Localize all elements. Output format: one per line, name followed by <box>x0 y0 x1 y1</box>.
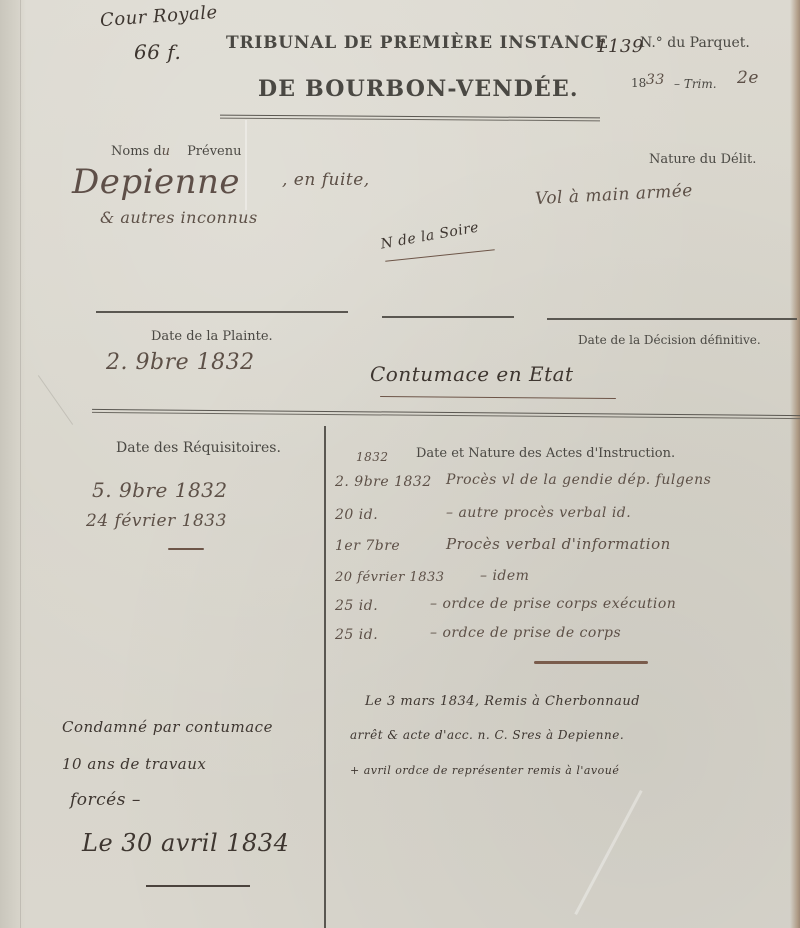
paper-crease <box>38 375 73 425</box>
entry-text: – autre procès verbal id. <box>446 505 631 521</box>
entry-date: 1er 7bre <box>335 538 400 554</box>
instruction-underline <box>534 661 648 664</box>
note-line: Le 3 mars 1834, Remis à Cherbonnaud <box>365 694 640 709</box>
entry-date: 2. 9bre 1832 <box>335 474 432 490</box>
parquet-number: 1139 <box>596 36 644 57</box>
paper-crease <box>574 790 642 915</box>
annotation-fee: 66 f. <box>134 40 181 64</box>
requisition-entry: 24 février 1833 <box>86 511 227 531</box>
requisition-underline <box>168 548 204 550</box>
verdict-date: Le 30 avril 1834 <box>82 829 289 857</box>
complaint-date-label: Date de la Plainte. <box>151 329 273 344</box>
accused-label-part1: Noms d <box>111 144 162 159</box>
offense-value: Vol à main armée <box>535 181 694 209</box>
document-sheet: Cour Royale 66 f. TRIBUNAL DE PREMIÈRE I… <box>0 0 800 928</box>
annotation-cour-royale: Cour Royale <box>99 2 218 31</box>
entry-text: Procès verbal d'information <box>446 535 671 553</box>
accused-side-note: N de la Soire <box>379 219 480 252</box>
entry-text: – ordce de prise corps exécution <box>430 596 676 612</box>
requisition-entry: 5. 9bre 1832 <box>92 478 228 502</box>
note-line: + avril ordce de représenter remis à l'a… <box>350 764 619 777</box>
entry-text: – ordce de prise de corps <box>430 625 621 641</box>
verdict-line: 10 ans de travaux <box>62 755 206 773</box>
requisitions-heading: Date des Réquisitoires. <box>116 440 281 456</box>
complaint-date-value: 2. 9bre 1832 <box>106 350 255 375</box>
entry-date: 25 id. <box>335 627 378 643</box>
field-rule <box>547 318 797 320</box>
tribunal-location: DE BOURBON-VENDÉE. <box>258 76 579 102</box>
entry-text: Procès vl de la gendie dép. fulgens <box>446 472 711 488</box>
section-rule <box>92 409 800 419</box>
verdict-line: Condamné par contumace <box>62 718 273 736</box>
entry-date: 25 id. <box>335 598 378 614</box>
header-rule <box>220 115 600 122</box>
instruction-acts-heading: Date et Nature des Actes d'Instruction. <box>416 446 675 461</box>
accused-others: & autres inconnus <box>100 208 258 227</box>
year-suffix: 33 <box>646 72 665 88</box>
side-note-underline <box>385 249 495 261</box>
field-rule <box>382 316 514 318</box>
note-line: arrêt & acte d'acc. n. C. Sres à Depienn… <box>350 728 624 742</box>
trim-value: 2e <box>737 68 759 88</box>
paper-edge-right <box>790 0 800 928</box>
accused-name: Depienne <box>72 162 240 202</box>
entry-text: – idem <box>480 568 529 584</box>
status-value: Contumace en Etat <box>370 362 574 386</box>
entry-date: 20 février 1833 <box>335 570 445 585</box>
accused-label-part2: Prévenu <box>187 144 241 159</box>
tribunal-title: TRIBUNAL DE PREMIÈRE INSTANCE <box>226 33 609 53</box>
column-divider <box>324 426 326 928</box>
offense-label: Nature du Délit. <box>649 152 756 167</box>
field-rule <box>96 311 348 313</box>
final-decision-label: Date de la Décision définitive. <box>578 333 761 347</box>
year-prefix: 18 <box>631 76 646 90</box>
verdict-line: forcés – <box>70 790 141 810</box>
accused-label: Noms du Prévenu <box>111 144 242 159</box>
paper-edge-left <box>0 0 26 928</box>
entry-date: 20 id. <box>335 507 378 523</box>
accused-name-suffix: , en fuite, <box>282 170 370 190</box>
parquet-label: N.° du Parquet. <box>640 35 750 51</box>
trim-label: – Trim. <box>674 77 717 91</box>
status-underline <box>380 396 616 399</box>
paper-crease <box>20 0 21 928</box>
verdict-underline <box>146 885 250 887</box>
accused-label-insert: u <box>162 144 171 159</box>
right-year-note: 1832 <box>356 450 389 464</box>
paper-crease <box>245 120 247 210</box>
